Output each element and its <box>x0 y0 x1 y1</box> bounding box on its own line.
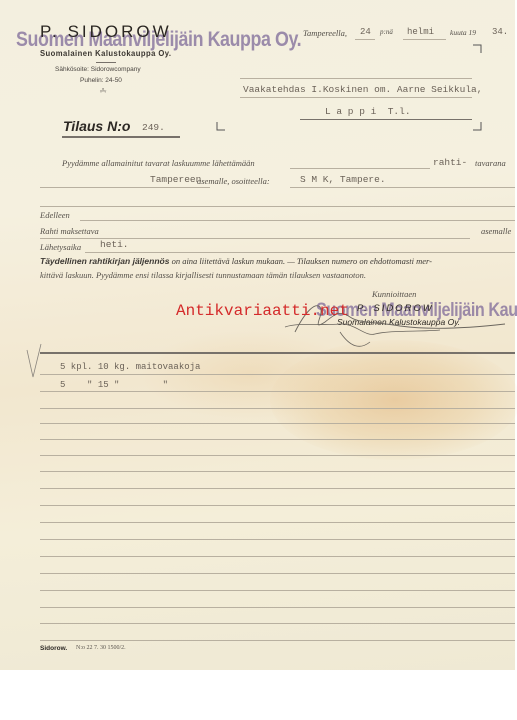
item-qty: 5 <box>60 380 65 390</box>
address-line <box>240 78 472 79</box>
telegram-address: Sähkösoite: Sidorowcompany <box>55 66 141 73</box>
item-line <box>40 439 515 440</box>
item-line <box>40 471 515 472</box>
item-line <box>40 408 515 409</box>
freight-value: rahti- <box>433 157 467 168</box>
date-month-suffix: kuuta 19 <box>450 28 476 37</box>
form-line <box>40 187 210 188</box>
date-month: helmi <box>407 27 434 37</box>
month-underline <box>403 39 446 40</box>
item-size: " 15 " <box>87 380 119 390</box>
date-year: 34. <box>492 27 508 37</box>
form-line <box>290 168 430 169</box>
form-line <box>290 187 515 188</box>
order-document: Suomen Maanviljelijäin Kauppa Oy. P. SID… <box>0 0 515 670</box>
address-corner-bl <box>216 122 225 131</box>
order-label: Tilaus N:o <box>63 118 130 134</box>
onwards-label: Edelleen <box>40 210 70 220</box>
item-line <box>40 423 515 424</box>
notice-bold: Täydellinen rahtikirjan jäljennös <box>40 256 169 266</box>
item-row-1: 5 kpl. 10 kg. maitovaakoja <box>60 362 200 372</box>
watermark: Antikvariaatti.net <box>176 302 349 320</box>
item-line <box>40 522 515 523</box>
freight-payer-label: Rahti maksettava <box>40 226 99 236</box>
address-corner-br <box>473 122 482 131</box>
dispatch-value: heti. <box>100 239 129 250</box>
station-value: Tampereen <box>150 174 201 185</box>
item-line <box>40 640 515 641</box>
address-corner-tr <box>473 44 482 53</box>
station-label: asemalle, osoitteella: <box>197 176 270 186</box>
check-mark <box>25 342 45 382</box>
item-size: 10 kg. <box>98 362 130 372</box>
address-value: S M K, Tampere. <box>300 174 386 185</box>
notice-rest: on aina liitettävä laskun mukaan. — Tila… <box>172 256 432 266</box>
footer-brand: Sidorow. <box>40 645 67 652</box>
form-line <box>40 206 515 207</box>
date-underline <box>355 39 375 40</box>
handwritten-signature <box>280 292 510 352</box>
date-day: 24 <box>360 27 371 37</box>
order-number: 249. <box>142 122 165 133</box>
item-line <box>40 488 515 489</box>
items-top-rule <box>40 352 515 354</box>
request-text: Pyydämme allamainitut tavarat laskuumme … <box>62 158 255 168</box>
freight-suffix: tavarana <box>475 158 506 168</box>
dispatch-label: Lähetysaika <box>40 242 81 252</box>
divider <box>96 62 116 63</box>
phone-number: Puhelin: 24-50 <box>80 77 122 84</box>
date-place-label: Tampereella, <box>303 28 347 38</box>
recipient-location: L a p p i T.l. <box>325 106 411 117</box>
printer-mark: ᵥᵍᵥ <box>100 88 106 94</box>
item-line <box>40 455 515 456</box>
date-day-suffix: p:nä <box>380 28 393 36</box>
order-underline <box>62 136 180 138</box>
form-line <box>85 252 515 253</box>
item-line <box>40 590 515 591</box>
item-description: maitovaakoja <box>136 362 201 372</box>
item-line <box>40 623 515 624</box>
onwards-suffix: asemalle <box>481 226 511 236</box>
item-line <box>40 391 515 392</box>
item-line <box>40 556 515 557</box>
form-line <box>80 220 515 221</box>
address-line <box>300 119 472 120</box>
item-description: " <box>163 380 168 390</box>
item-line <box>40 607 515 608</box>
item-line <box>40 573 515 574</box>
item-line <box>40 505 515 506</box>
item-line <box>40 374 515 375</box>
notice-line-2: kittävä laskuun. Pyydämme ensi tilassa k… <box>40 270 366 280</box>
item-row-2: 5 " 15 " " <box>60 380 168 390</box>
recipient-name: Vaakatehdas I.Koskinen om. Aarne Seikkul… <box>243 84 482 95</box>
company-subtitle: Suomalainen Kalustokauppa Oy. <box>40 48 172 58</box>
item-line <box>40 539 515 540</box>
item-qty: 5 kpl. <box>60 362 92 372</box>
company-name: P. SIDOROW <box>40 22 172 42</box>
footer-form-code: N:o 22 7. 30 1500/2. <box>76 645 126 651</box>
address-line <box>240 97 472 98</box>
notice-line-1: Täydellinen rahtikirjan jäljennös on ain… <box>40 256 432 266</box>
